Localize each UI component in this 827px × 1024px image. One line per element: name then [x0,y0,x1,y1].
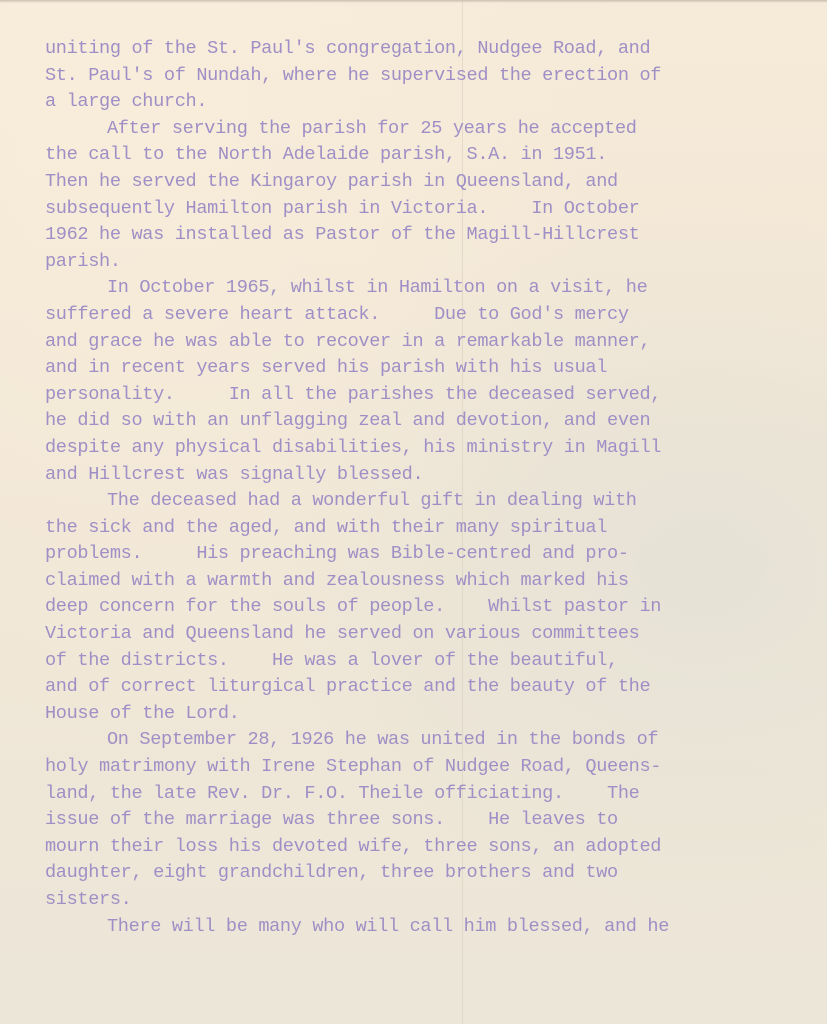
text-line: issue of the marriage was three sons. He… [45,807,805,834]
text-line: problems. His preaching was Bible-centre… [45,541,805,568]
text-line: Victoria and Queensland he served on var… [45,621,805,648]
text-line: deep concern for the souls of people. Wh… [45,594,805,621]
text-line: holy matrimony with Irene Stephan of Nud… [45,754,805,781]
text-line: of the districts. He was a lover of the … [45,648,805,675]
text-line: despite any physical disabilities, his m… [45,435,805,462]
text-line: House of the Lord. [45,701,805,728]
text-line: the call to the North Adelaide parish, S… [45,142,805,169]
text-line: the sick and the aged, and with their ma… [45,515,805,542]
text-line: a large church. [45,89,805,116]
text-line: and grace he was able to recover in a re… [45,329,805,356]
text-line: parish. [45,249,805,276]
paragraph: There will be many who will call him ble… [45,914,805,941]
obituary-text: uniting of the St. Paul's congregation, … [45,36,805,940]
paragraph: In October 1965, whilst in Hamilton on a… [45,275,805,488]
text-line: land, the late Rev. Dr. F.O. Theile offi… [45,781,805,808]
text-line: suffered a severe heart attack. Due to G… [45,302,805,329]
text-line: On September 28, 1926 he was united in t… [45,727,805,754]
text-line: uniting of the St. Paul's congregation, … [45,36,805,63]
typewritten-page: uniting of the St. Paul's congregation, … [0,0,827,1024]
text-line: claimed with a warmth and zealousness wh… [45,568,805,595]
text-line: subsequently Hamilton parish in Victoria… [45,196,805,223]
text-line: Then he served the Kingaroy parish in Qu… [45,169,805,196]
text-line: and Hillcrest was signally blessed. [45,462,805,489]
text-line: St. Paul's of Nundah, where he supervise… [45,63,805,90]
text-line: The deceased had a wonderful gift in dea… [45,488,805,515]
text-line: 1962 he was installed as Pastor of the M… [45,222,805,249]
text-line: After serving the parish for 25 years he… [45,116,805,143]
text-line: personality. In all the parishes the dec… [45,382,805,409]
paragraph: uniting of the St. Paul's congregation, … [45,36,805,116]
text-line: mourn their loss his devoted wife, three… [45,834,805,861]
paragraph: The deceased had a wonderful gift in dea… [45,488,805,727]
text-line: he did so with an unflagging zeal and de… [45,408,805,435]
text-line: and of correct liturgical practice and t… [45,674,805,701]
text-line: There will be many who will call him ble… [45,914,805,941]
text-line: and in recent years served his parish wi… [45,355,805,382]
text-line: daughter, eight grandchildren, three bro… [45,860,805,887]
text-line: sisters. [45,887,805,914]
paragraph: On September 28, 1926 he was united in t… [45,727,805,913]
text-line: In October 1965, whilst in Hamilton on a… [45,275,805,302]
paragraph: After serving the parish for 25 years he… [45,116,805,276]
